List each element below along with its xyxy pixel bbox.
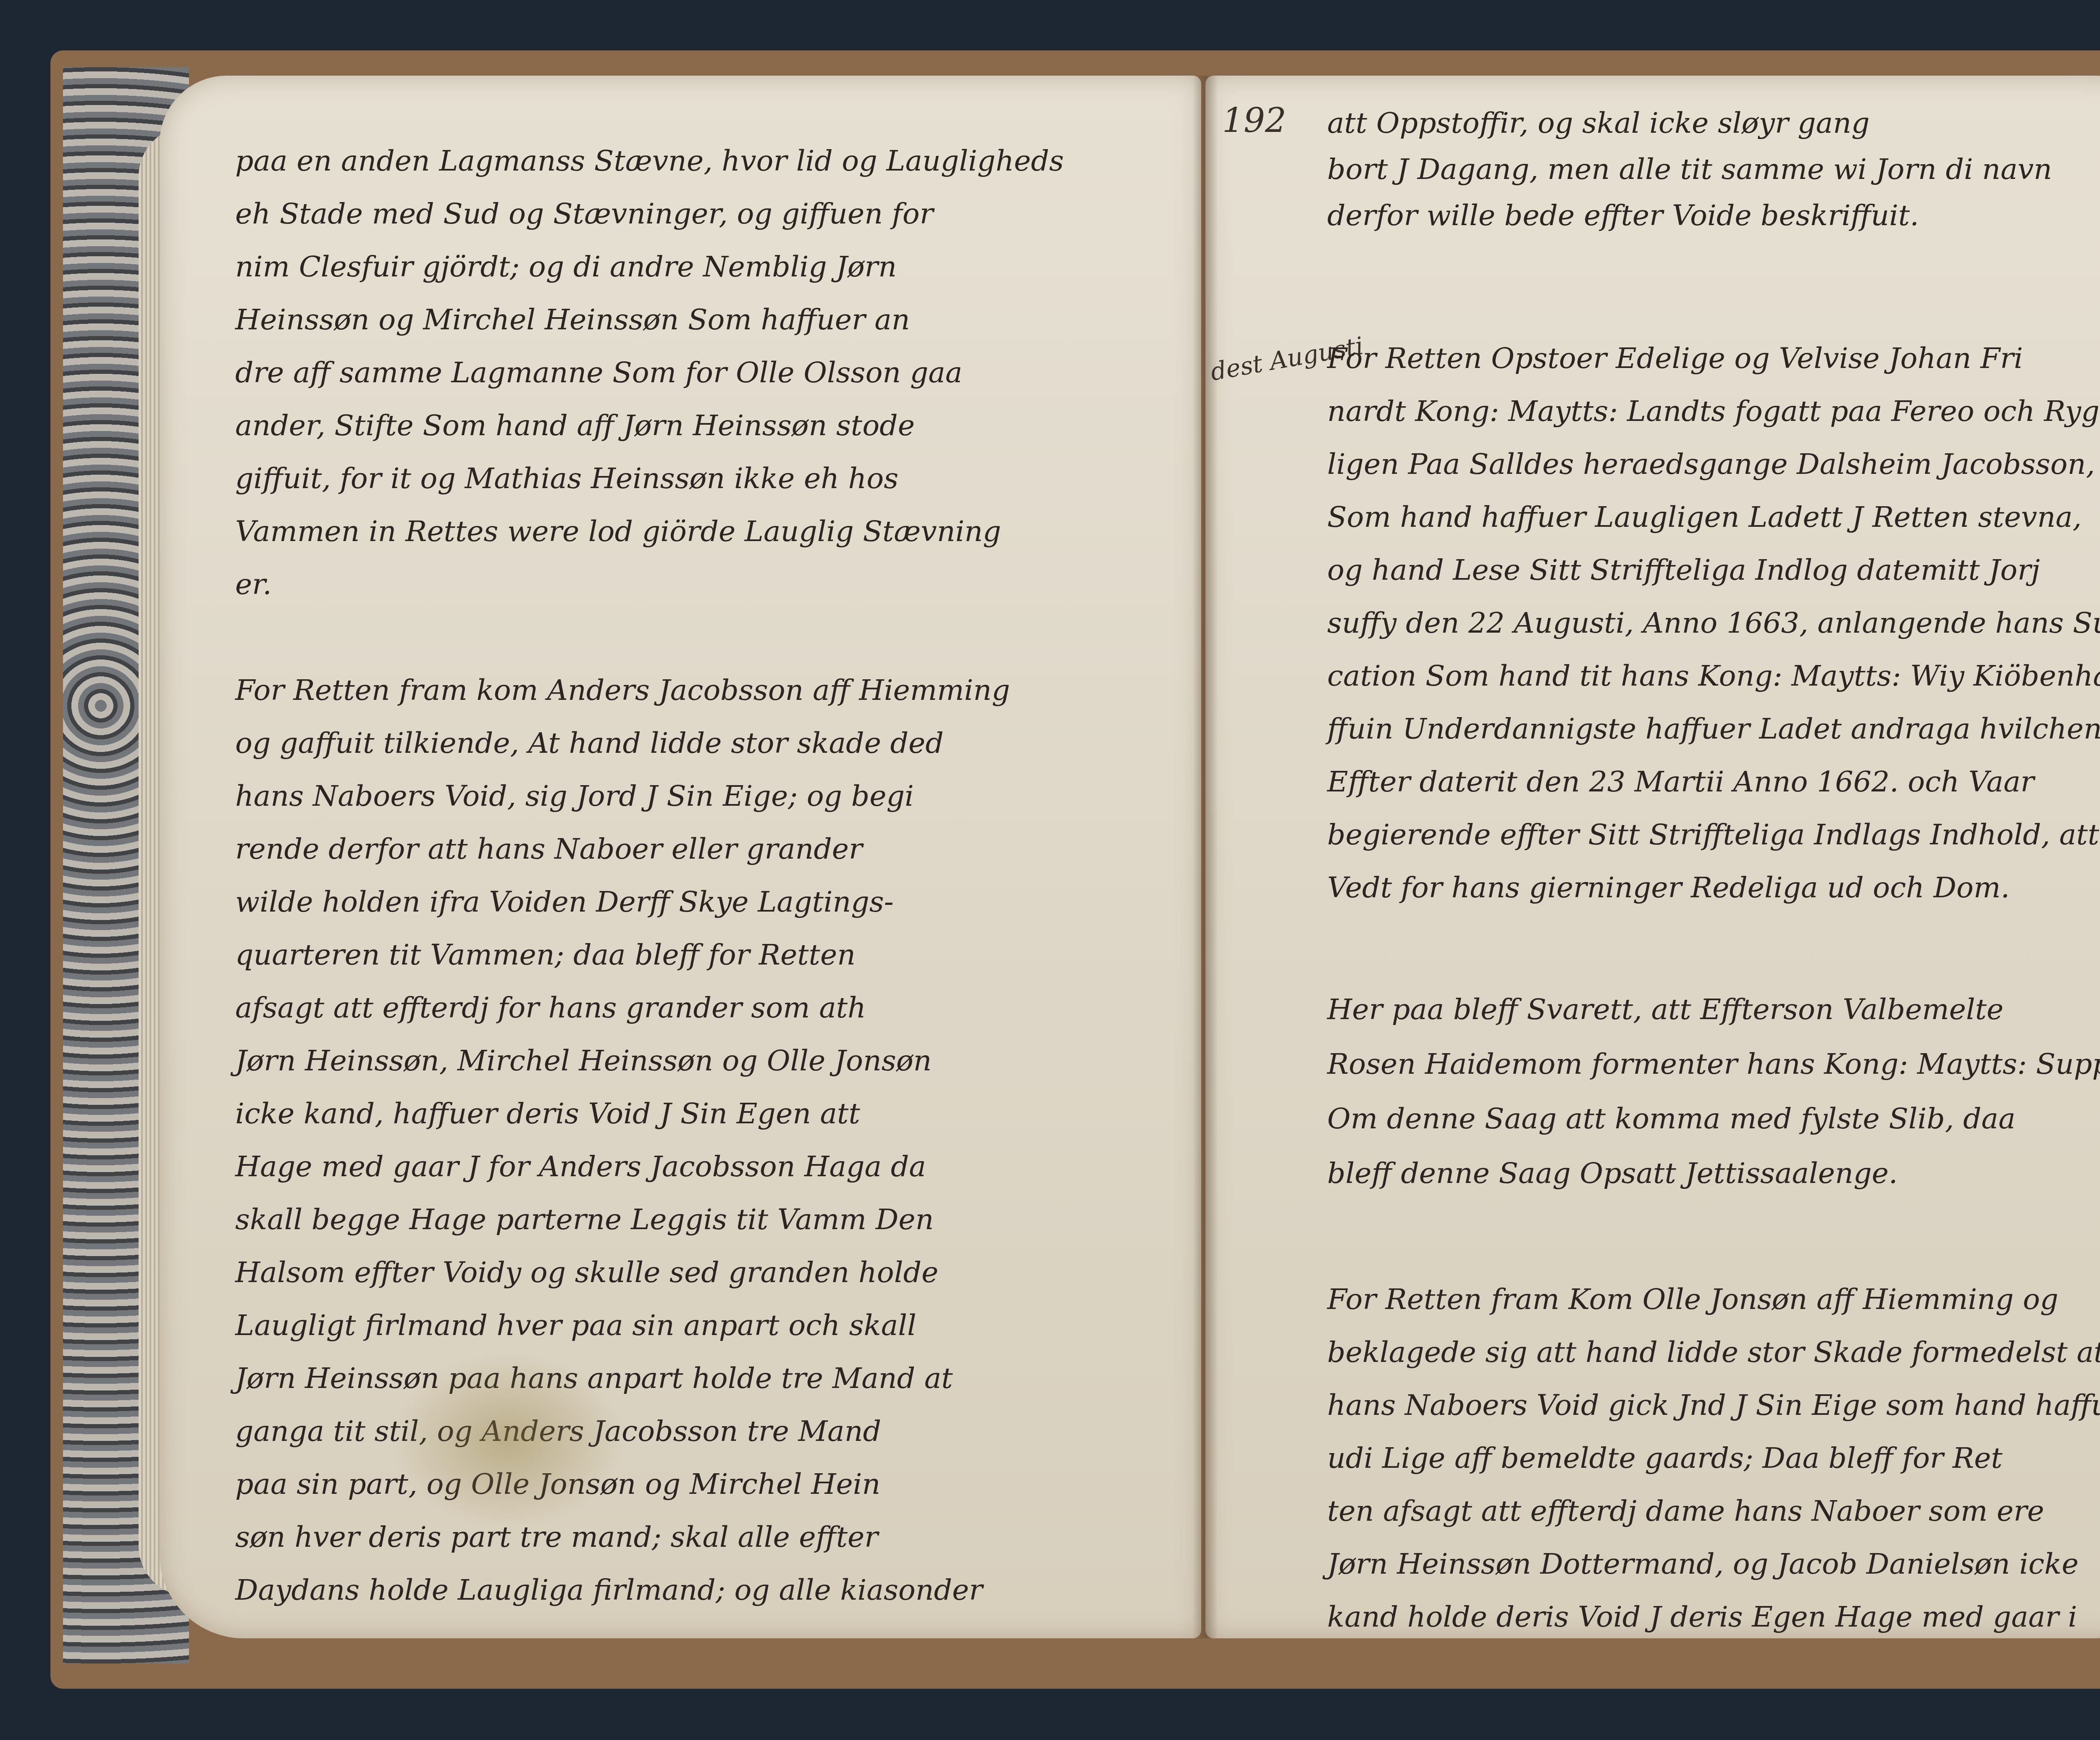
- left-page-line: Daydans holde Laugliga firlmand; og alle…: [235, 1576, 983, 1605]
- right-entry1-line: Effter daterit den 23 Martii Anno 1662. …: [1327, 768, 2034, 796]
- right-page: 192 dest Augusti att Oppstoffir, og skal…: [1205, 76, 2100, 1638]
- right-entry1-line: suffy den 22 Augusti, Anno 1663, anlange…: [1327, 609, 2100, 638]
- right-entry3-line: For Retten fram Kom Olle Jonsøn aff Hiem…: [1327, 1285, 2058, 1314]
- left-page-line: eh Stade med Sud og Stævninger, og giffu…: [235, 200, 933, 229]
- left-page-line: Heinssøn og Mirchel Heinssøn Som haffuer…: [235, 306, 910, 334]
- left-page: paa en anden Lagmanss Stævne, hvor lid o…: [160, 76, 1201, 1638]
- right-entry3-line: udi Lige aff bemeldte gaards; Daa bleff …: [1327, 1444, 2003, 1473]
- left-page-line: dre aff samme Lagmanne Som for Olle Olss…: [235, 359, 962, 387]
- left-page-line: Halsom effter Voidy og skulle sed grande…: [235, 1259, 938, 1287]
- left-page-line: icke kand, haffuer deris Void J Sin Egen…: [235, 1100, 860, 1128]
- right-entry1-line: begierende effter Sitt Striffteliga Indl…: [1327, 821, 2099, 849]
- right-entry1-line: Som hand haffuer Laugligen Ladett J Rett…: [1327, 503, 2082, 532]
- right-entry1-line: cation Som hand tit hans Kong: Maytts: W…: [1327, 662, 2100, 691]
- right-entry1-line: Vedt for hans gierninger Redeliga ud och…: [1327, 874, 2010, 902]
- left-page-line: ander, Stifte Som hand aff Jørn Heinssøn…: [235, 412, 915, 440]
- water-stain: [391, 1353, 626, 1529]
- left-page-line: Jørn Heinssøn, Mirchel Heinssøn og Olle …: [235, 1047, 932, 1075]
- right-top-line: bort J Dagang, men alle tit samme wi Jor…: [1327, 155, 2052, 184]
- left-page-line: nim Clesfuir gjördt; og di andre Nemblig…: [235, 253, 897, 281]
- left-page-line: afsagt att effterdj for hans grander som…: [235, 994, 866, 1022]
- left-page-line: wilde holden ifra Voiden Derff Skye Lagt…: [235, 888, 894, 917]
- left-page-line: For Retten fram kom Anders Jacobsson aff…: [235, 676, 1010, 705]
- right-entry1-line: ligen Paa Salldes heraedsgange Dalsheim …: [1327, 450, 2095, 479]
- left-page-line: er.: [235, 570, 272, 599]
- right-entry1-line: og hand Lese Sitt Striffteliga Indlog da…: [1327, 556, 2040, 585]
- right-top-line: derfor wille bede effter Voide beskriffu…: [1327, 202, 1919, 230]
- left-page-line: giffuit, for it og Mathias Heinssøn ikke…: [235, 465, 898, 493]
- left-page-line: hans Naboers Void, sig Jord J Sin Eige; …: [235, 782, 914, 811]
- left-page-line: og gaffuit tilkiende, At hand lidde stor…: [235, 729, 944, 758]
- left-page-line: Hage med gaar J for Anders Jacobsson Hag…: [235, 1153, 926, 1181]
- right-entry2-line: Her paa bleff Svarett, att Effterson Val…: [1327, 996, 2003, 1024]
- right-entry1-line: For Retten Opstoer Edelige og Velvise Jo…: [1327, 344, 2023, 373]
- right-entry1-line: nardt Kong: Maytts: Landts fogatt paa Fe…: [1327, 397, 2100, 426]
- right-top-line: att Oppstoffir, og skal icke sløyr gang: [1327, 109, 1869, 138]
- book-gutter: [1193, 76, 1218, 1638]
- right-entry3-line: kand holde deris Void J deris Egen Hage …: [1327, 1603, 2077, 1632]
- left-page-line: rende derfor att hans Naboer eller grand…: [235, 835, 863, 864]
- right-entry2-line: Om denne Saag att komma med fylste Slib,…: [1327, 1105, 2016, 1133]
- right-entry1-line: ffuin Underdannigste haffuer Ladet andra…: [1327, 715, 2100, 744]
- left-page-line: Laugligt firlmand hver paa sin anpart oc…: [235, 1312, 916, 1340]
- right-entry3-line: hans Naboers Void gick Jnd J Sin Eige so…: [1327, 1391, 2100, 1420]
- right-entry3-line: beklagede sig att hand lidde stor Skade …: [1327, 1338, 2100, 1367]
- right-entry2-line: bleff denne Saag Opsatt Jettissaalenge.: [1327, 1159, 1898, 1188]
- left-page-line: skall begge Hage parterne Leggis tit Vam…: [235, 1206, 934, 1234]
- right-entry2-line: Rosen Haidemom formenter hans Kong: Mayt…: [1327, 1050, 2100, 1079]
- left-page-line: quarteren tit Vammen; daa bleff for Rett…: [235, 941, 856, 970]
- right-entry3-line: ten afsagt att effterdj dame hans Naboer…: [1327, 1497, 2044, 1526]
- left-page-line: Vammen in Rettes were lod giörde Lauglig…: [235, 518, 1001, 546]
- left-page-line: paa en anden Lagmanss Stævne, hvor lid o…: [235, 147, 1064, 176]
- page-number: 192: [1222, 101, 1286, 140]
- right-entry3-line: Jørn Heinssøn Dottermand, og Jacob Danie…: [1327, 1550, 2079, 1579]
